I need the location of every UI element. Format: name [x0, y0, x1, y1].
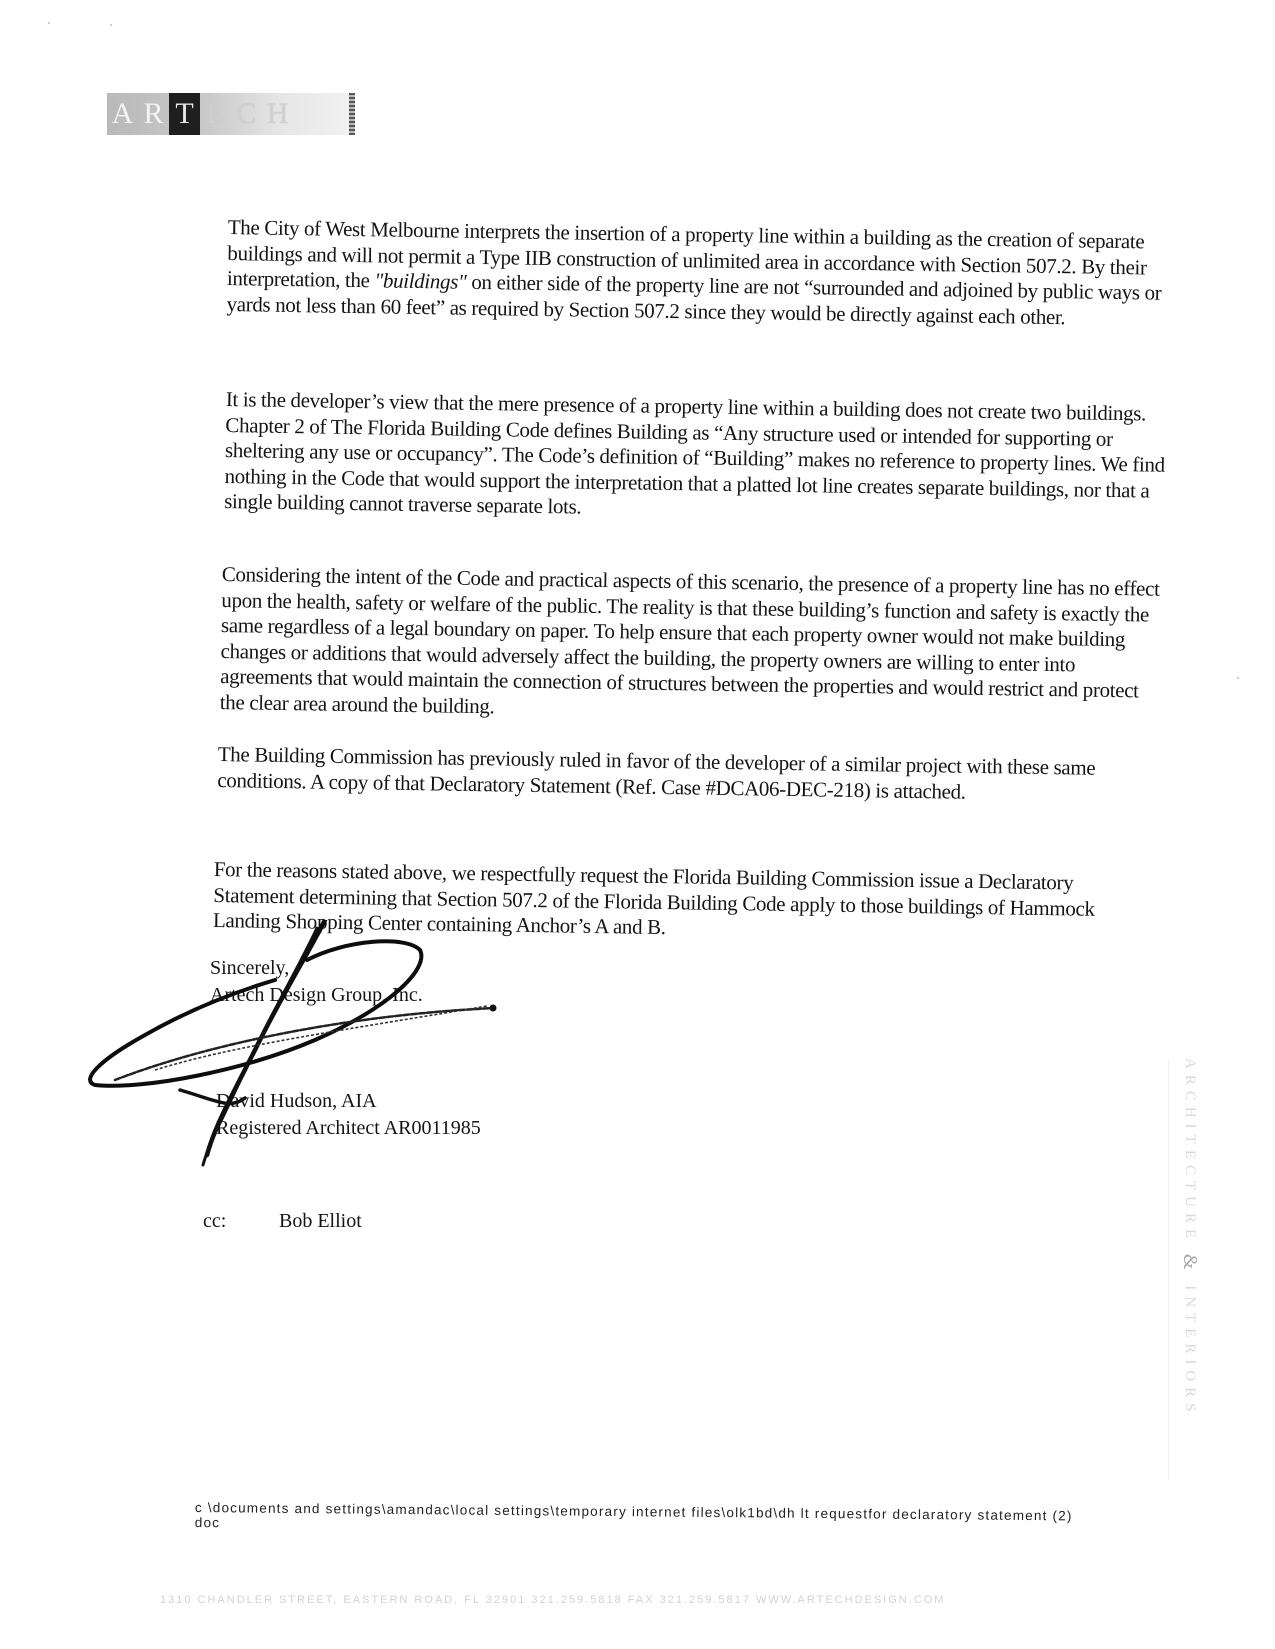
- side-brand-part: INTERIORS: [1182, 1275, 1198, 1417]
- body-paragraph-5: For the reasons stated above, we respect…: [213, 857, 1154, 948]
- logo-letter: A: [107, 93, 138, 135]
- footer-file-path: c \documents and settings\amandac\local …: [195, 1500, 1095, 1539]
- signer-title: Registered Architect AR0011985: [216, 1115, 481, 1142]
- footer-address-faint: 1310 CHANDLER STREET, EASTERN ROAD, FL 3…: [160, 1594, 1080, 1606]
- scan-speck: [48, 22, 50, 24]
- body-paragraph-2: It is the developer’s view that the mere…: [224, 387, 1166, 529]
- closing-salutation: Sincerely,: [210, 955, 289, 982]
- body-paragraph-4: The Building Commission has previously r…: [217, 742, 1158, 808]
- cc-recipient: Bob Elliot: [279, 1208, 362, 1235]
- ampersand-glyph: &: [1179, 1254, 1201, 1276]
- side-brand-part: ARCHITECTURE: [1182, 1058, 1198, 1254]
- body-paragraph-1: The City of West Melbourne interprets th…: [226, 215, 1167, 332]
- company-name: Artech Design Group, Inc.: [210, 982, 423, 1009]
- logo-edge-decoration: [349, 93, 355, 135]
- body-paragraph-3: Considering the intent of the Code and p…: [220, 562, 1162, 730]
- logo-letter: R: [138, 93, 169, 135]
- side-brand-text: ARCHITECTURE & INTERIORS: [1178, 1058, 1201, 1418]
- signer-name: David Hudson, AIA: [216, 1088, 377, 1115]
- cc-label: cc:: [203, 1208, 226, 1235]
- paragraph-text: It is the developer’s view that the mere…: [224, 387, 1165, 519]
- scan-speck: [110, 24, 112, 26]
- scan-speck: [1237, 677, 1239, 679]
- paragraph-text: Considering the intent of the Code and p…: [220, 562, 1160, 718]
- emphasized-text: "buildings": [374, 268, 466, 293]
- logo-letter: E: [200, 93, 231, 135]
- scan-edge-line: [1168, 1060, 1169, 1480]
- paragraph-text: For the reasons stated above, we respect…: [213, 857, 1095, 939]
- logo-letter-highlight: T: [169, 93, 200, 135]
- logo-letter: C: [231, 93, 262, 135]
- logo-letter: H: [262, 93, 293, 135]
- company-logo: A R T E C H: [107, 93, 355, 135]
- paragraph-text: The Building Commission has previously r…: [217, 742, 1095, 803]
